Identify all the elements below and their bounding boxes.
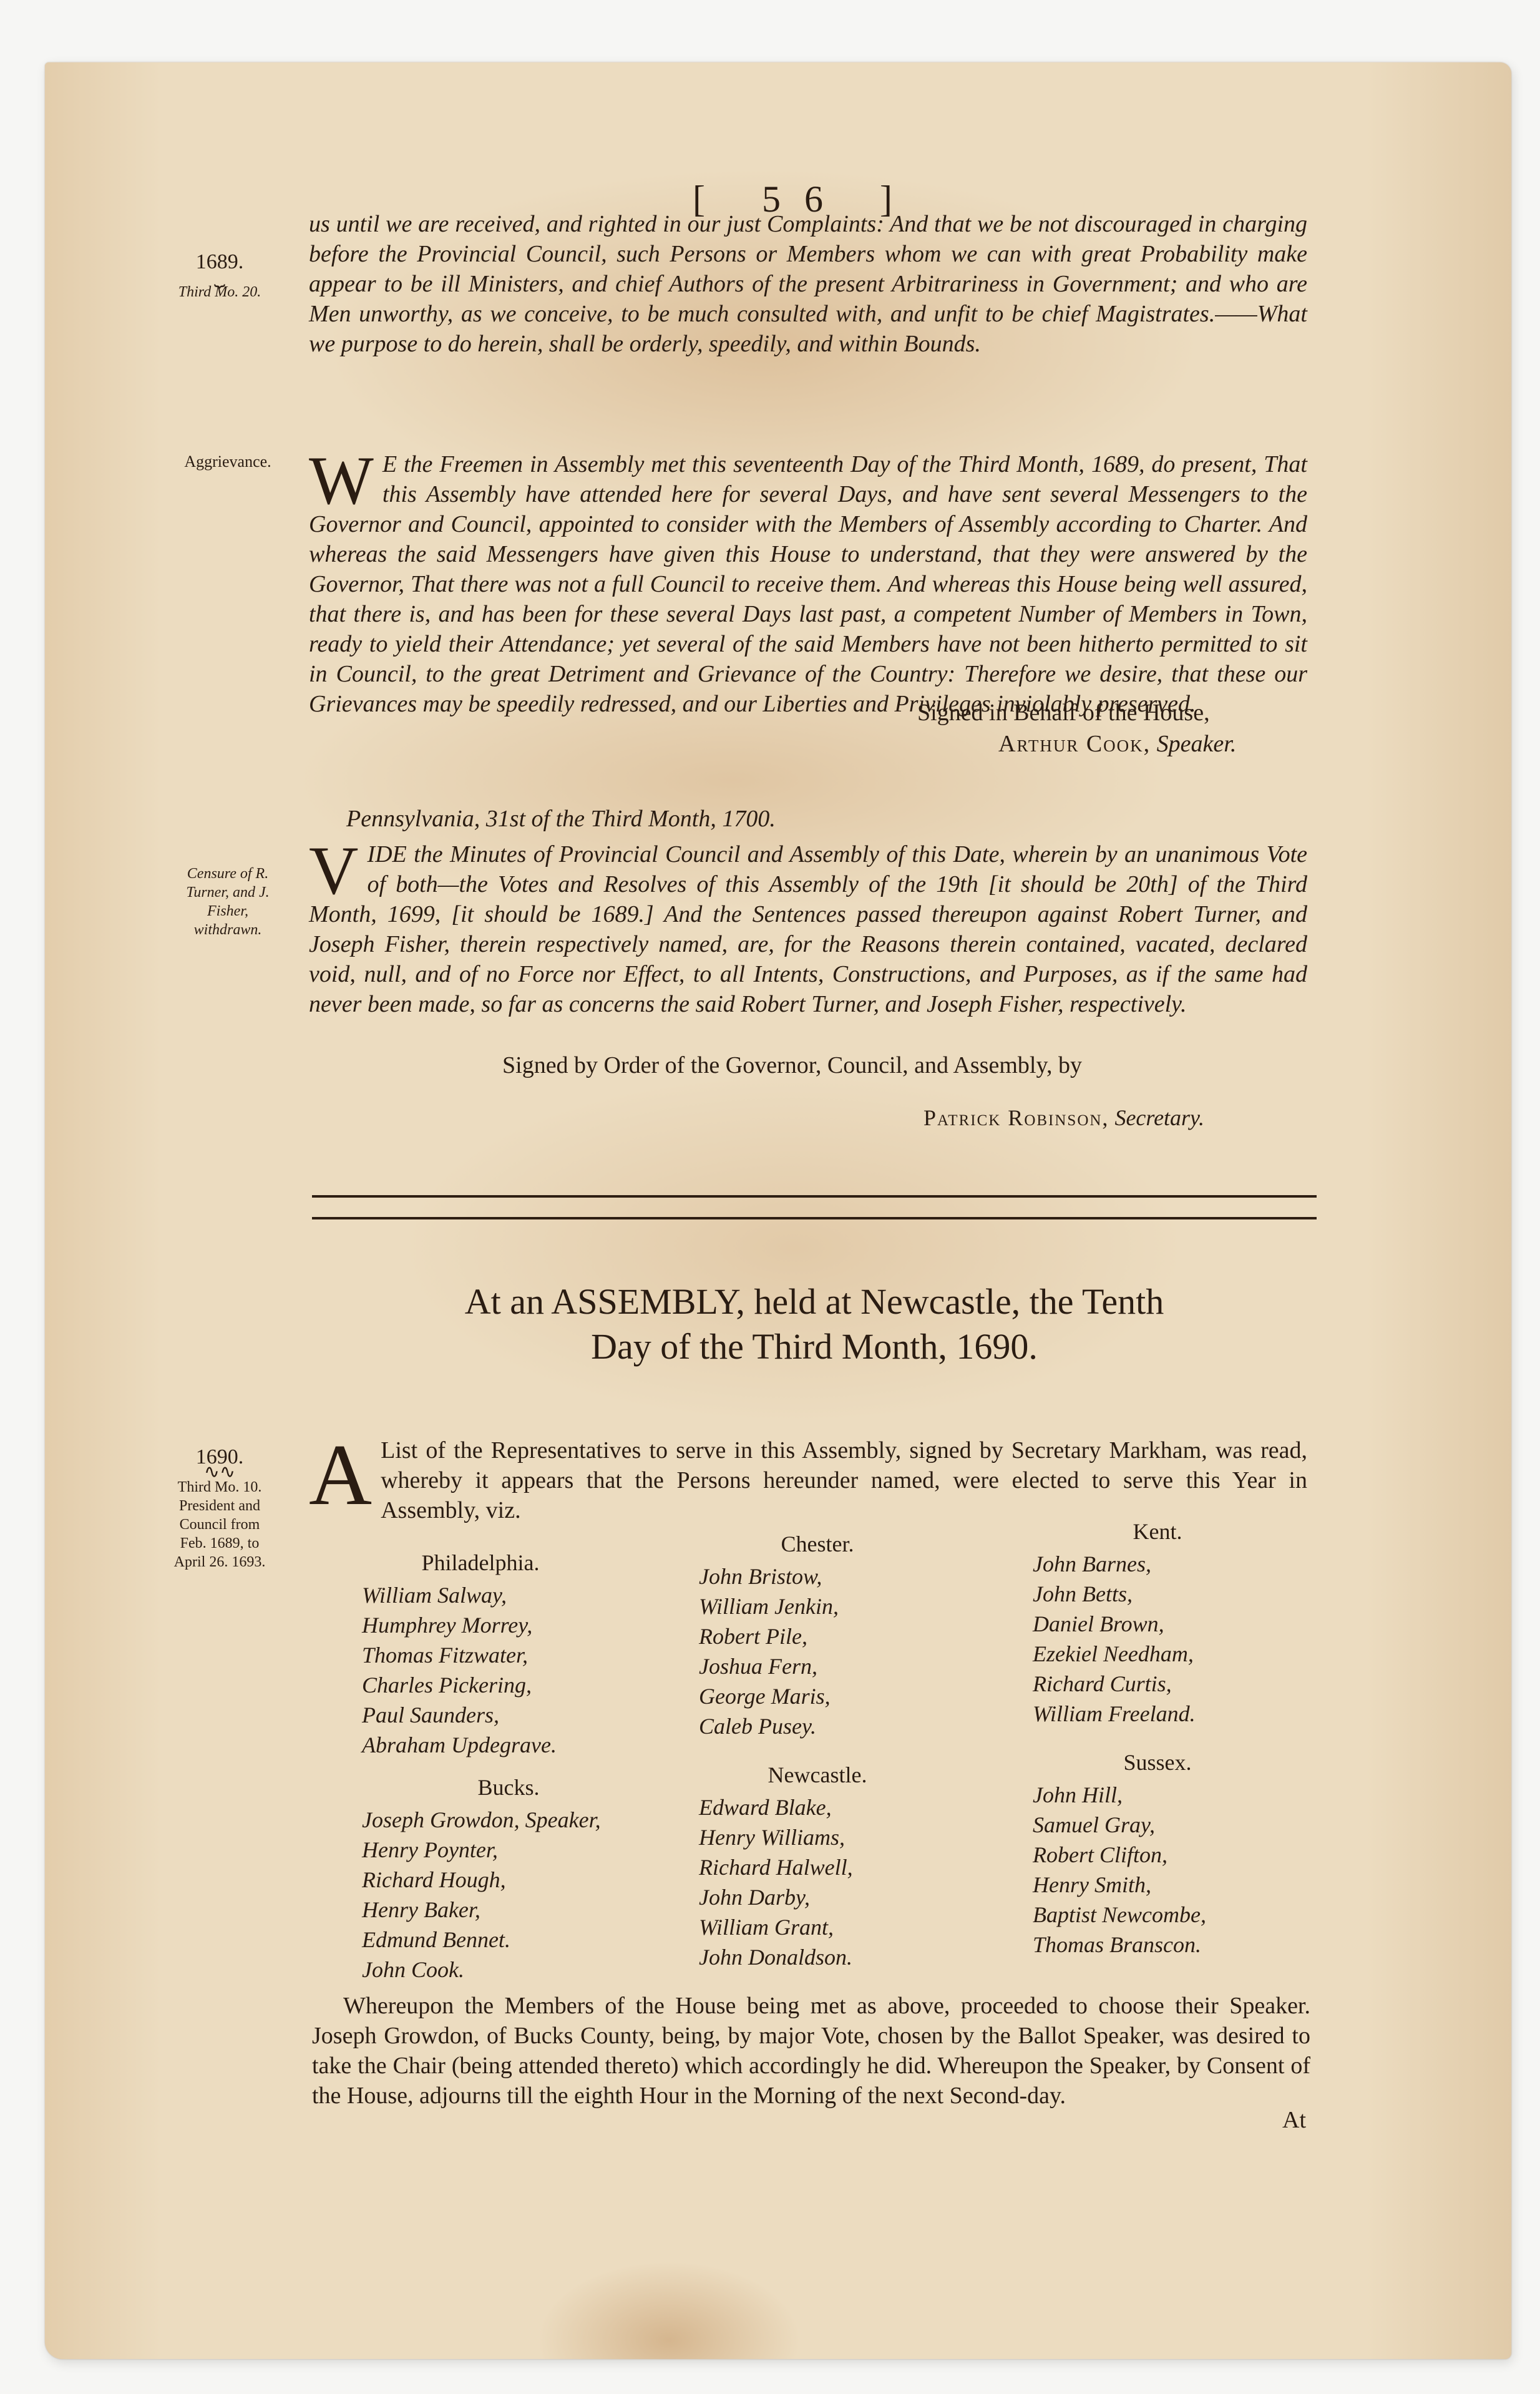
censure-text: IDE the Minutes of Provincial Council an… <box>309 841 1307 1017</box>
paragraph-representatives: AList of the Representatives to serve in… <box>309 1435 1307 1525</box>
member: Henry Williams, <box>699 1822 936 1852</box>
member: Paul Saunders, <box>362 1700 599 1730</box>
member: Samuel Gray, <box>1033 1810 1282 1840</box>
county-sussex: Sussex. John Hill, Samuel Gray, Robert C… <box>1033 1747 1282 1960</box>
member: Robert Clifton, <box>1033 1840 1282 1870</box>
county-name: Newcastle. <box>699 1760 936 1790</box>
member: Robert Pile, <box>699 1621 936 1651</box>
member: William Jenkin, <box>699 1591 936 1621</box>
member: George Maris, <box>699 1681 936 1711</box>
member: Henry Baker, <box>362 1895 655 1925</box>
county-name: Sussex. <box>1033 1747 1282 1777</box>
margin-note-1689: 1689. ⏟ Third Mo. 20. <box>170 253 270 301</box>
paragraph-complaints: us until we are received, and righted in… <box>309 209 1307 359</box>
margin-aggrievance: Aggrievance. <box>178 452 278 471</box>
margin-note-1690: 1690. ∿∿ Third Mo. 10. President and Cou… <box>170 1448 270 1571</box>
drop-cap-v: V <box>309 842 358 899</box>
county-name: Kent. <box>1033 1517 1282 1546</box>
county-kent: Kent. John Barnes, John Betts, Daniel Br… <box>1033 1517 1282 1729</box>
wave-ornament-icon: ∿∿ <box>170 1467 270 1478</box>
member: Daniel Brown, <box>1033 1609 1282 1639</box>
county-chester: Chester. John Bristow, William Jenkin, R… <box>699 1529 936 1741</box>
signed-line-order: Signed by Order of the Governor, Council… <box>502 1052 1082 1079</box>
county-name: Chester. <box>699 1529 936 1559</box>
member: Edward Blake, <box>699 1792 936 1822</box>
catchword: At <box>1282 2106 1306 2134</box>
member: John Hill, <box>1033 1780 1282 1810</box>
member: Ezekiel Needham, <box>1033 1639 1282 1669</box>
signature-secretary: Patrick Robinson, Secretary. <box>924 1105 1204 1131</box>
member: Richard Curtis, <box>1033 1669 1282 1699</box>
assembly-heading-line1: At an ASSEMBLY, held at Newcastle, the T… <box>312 1279 1317 1324</box>
drop-cap-a: A <box>309 1438 372 1513</box>
member: Joshua Fern, <box>699 1651 936 1681</box>
member: John Barnes, <box>1033 1549 1282 1579</box>
member: Richard Halwell, <box>699 1852 936 1882</box>
divider-rule-bottom <box>312 1217 1317 1219</box>
county-newcastle: Newcastle. Edward Blake, Henry Williams,… <box>699 1760 936 1972</box>
member: Humphrey Morrey, <box>362 1610 599 1640</box>
member: Richard Hough, <box>362 1865 655 1895</box>
margin-censure: Censure of R. Turner, and J. Fisher, wit… <box>178 864 278 939</box>
signature-speaker: Arthur Cook, Speaker. <box>998 730 1236 758</box>
drop-cap-w: W <box>309 452 374 509</box>
assembly-heading: At an ASSEMBLY, held at Newcastle, the T… <box>312 1279 1317 1369</box>
speaker-title: Speaker. <box>1157 731 1237 757</box>
member: John Darby, <box>699 1882 936 1912</box>
member: John Donaldson. <box>699 1942 936 1972</box>
member: Caleb Pusey. <box>699 1711 936 1741</box>
member: William Freeland. <box>1033 1699 1282 1729</box>
secretary-title: Secretary. <box>1114 1105 1204 1130</box>
member: Joseph Growdon, Speaker, <box>362 1805 655 1835</box>
divider-rule-top <box>312 1195 1317 1198</box>
aggrievance-text: E the Freemen in Assembly met this seven… <box>309 451 1307 717</box>
member: Edmund Bennet. <box>362 1925 655 1955</box>
dateline-pennsylvania: Pennsylvania, 31st of the Third Month, 1… <box>346 805 776 833</box>
member: Thomas Fitzwater, <box>362 1640 599 1670</box>
signed-line-house: Signed in Behalf of the House, <box>917 699 1210 726</box>
speaker-name: Arthur Cook, <box>998 731 1151 757</box>
member: William Grant, <box>699 1912 936 1942</box>
county-name: Bucks. <box>362 1772 655 1802</box>
paragraph-aggrievance: WE the Freemen in Assembly met this seve… <box>309 449 1307 719</box>
member: Henry Smith, <box>1033 1870 1282 1900</box>
member: Abraham Updegrave. <box>362 1730 599 1760</box>
representatives-intro: List of the Representatives to serve in … <box>381 1437 1307 1523</box>
county-philadelphia: Philadelphia. William Salway, Humphrey M… <box>362 1548 599 1760</box>
member: John Bristow, <box>699 1561 936 1591</box>
brace-ornament-icon: ⏟ <box>170 271 270 283</box>
county-name: Philadelphia. <box>362 1548 599 1578</box>
margin-date: Third Mo. 20. <box>170 283 270 301</box>
member: John Cook. <box>362 1955 655 1985</box>
member: Baptist Newcombe, <box>1033 1900 1282 1930</box>
margin-president-note: Third Mo. 10. President and Council from… <box>170 1478 270 1571</box>
assembly-heading-line2: Day of the Third Month, 1690. <box>312 1324 1317 1369</box>
member: Thomas Branscon. <box>1033 1930 1282 1960</box>
paragraph-speaker-chosen: Whereupon the Members of the House being… <box>312 1991 1310 2111</box>
member: William Salway, <box>362 1580 599 1610</box>
member: Henry Poynter, <box>362 1835 655 1865</box>
secretary-name: Patrick Robinson, <box>924 1105 1109 1130</box>
county-bucks: Bucks. Joseph Growdon, Speaker, Henry Po… <box>362 1772 655 1985</box>
member: Charles Pickering, <box>362 1670 599 1700</box>
paragraph-censure: VIDE the Minutes of Provincial Council a… <box>309 839 1307 1019</box>
member: John Betts, <box>1033 1579 1282 1609</box>
